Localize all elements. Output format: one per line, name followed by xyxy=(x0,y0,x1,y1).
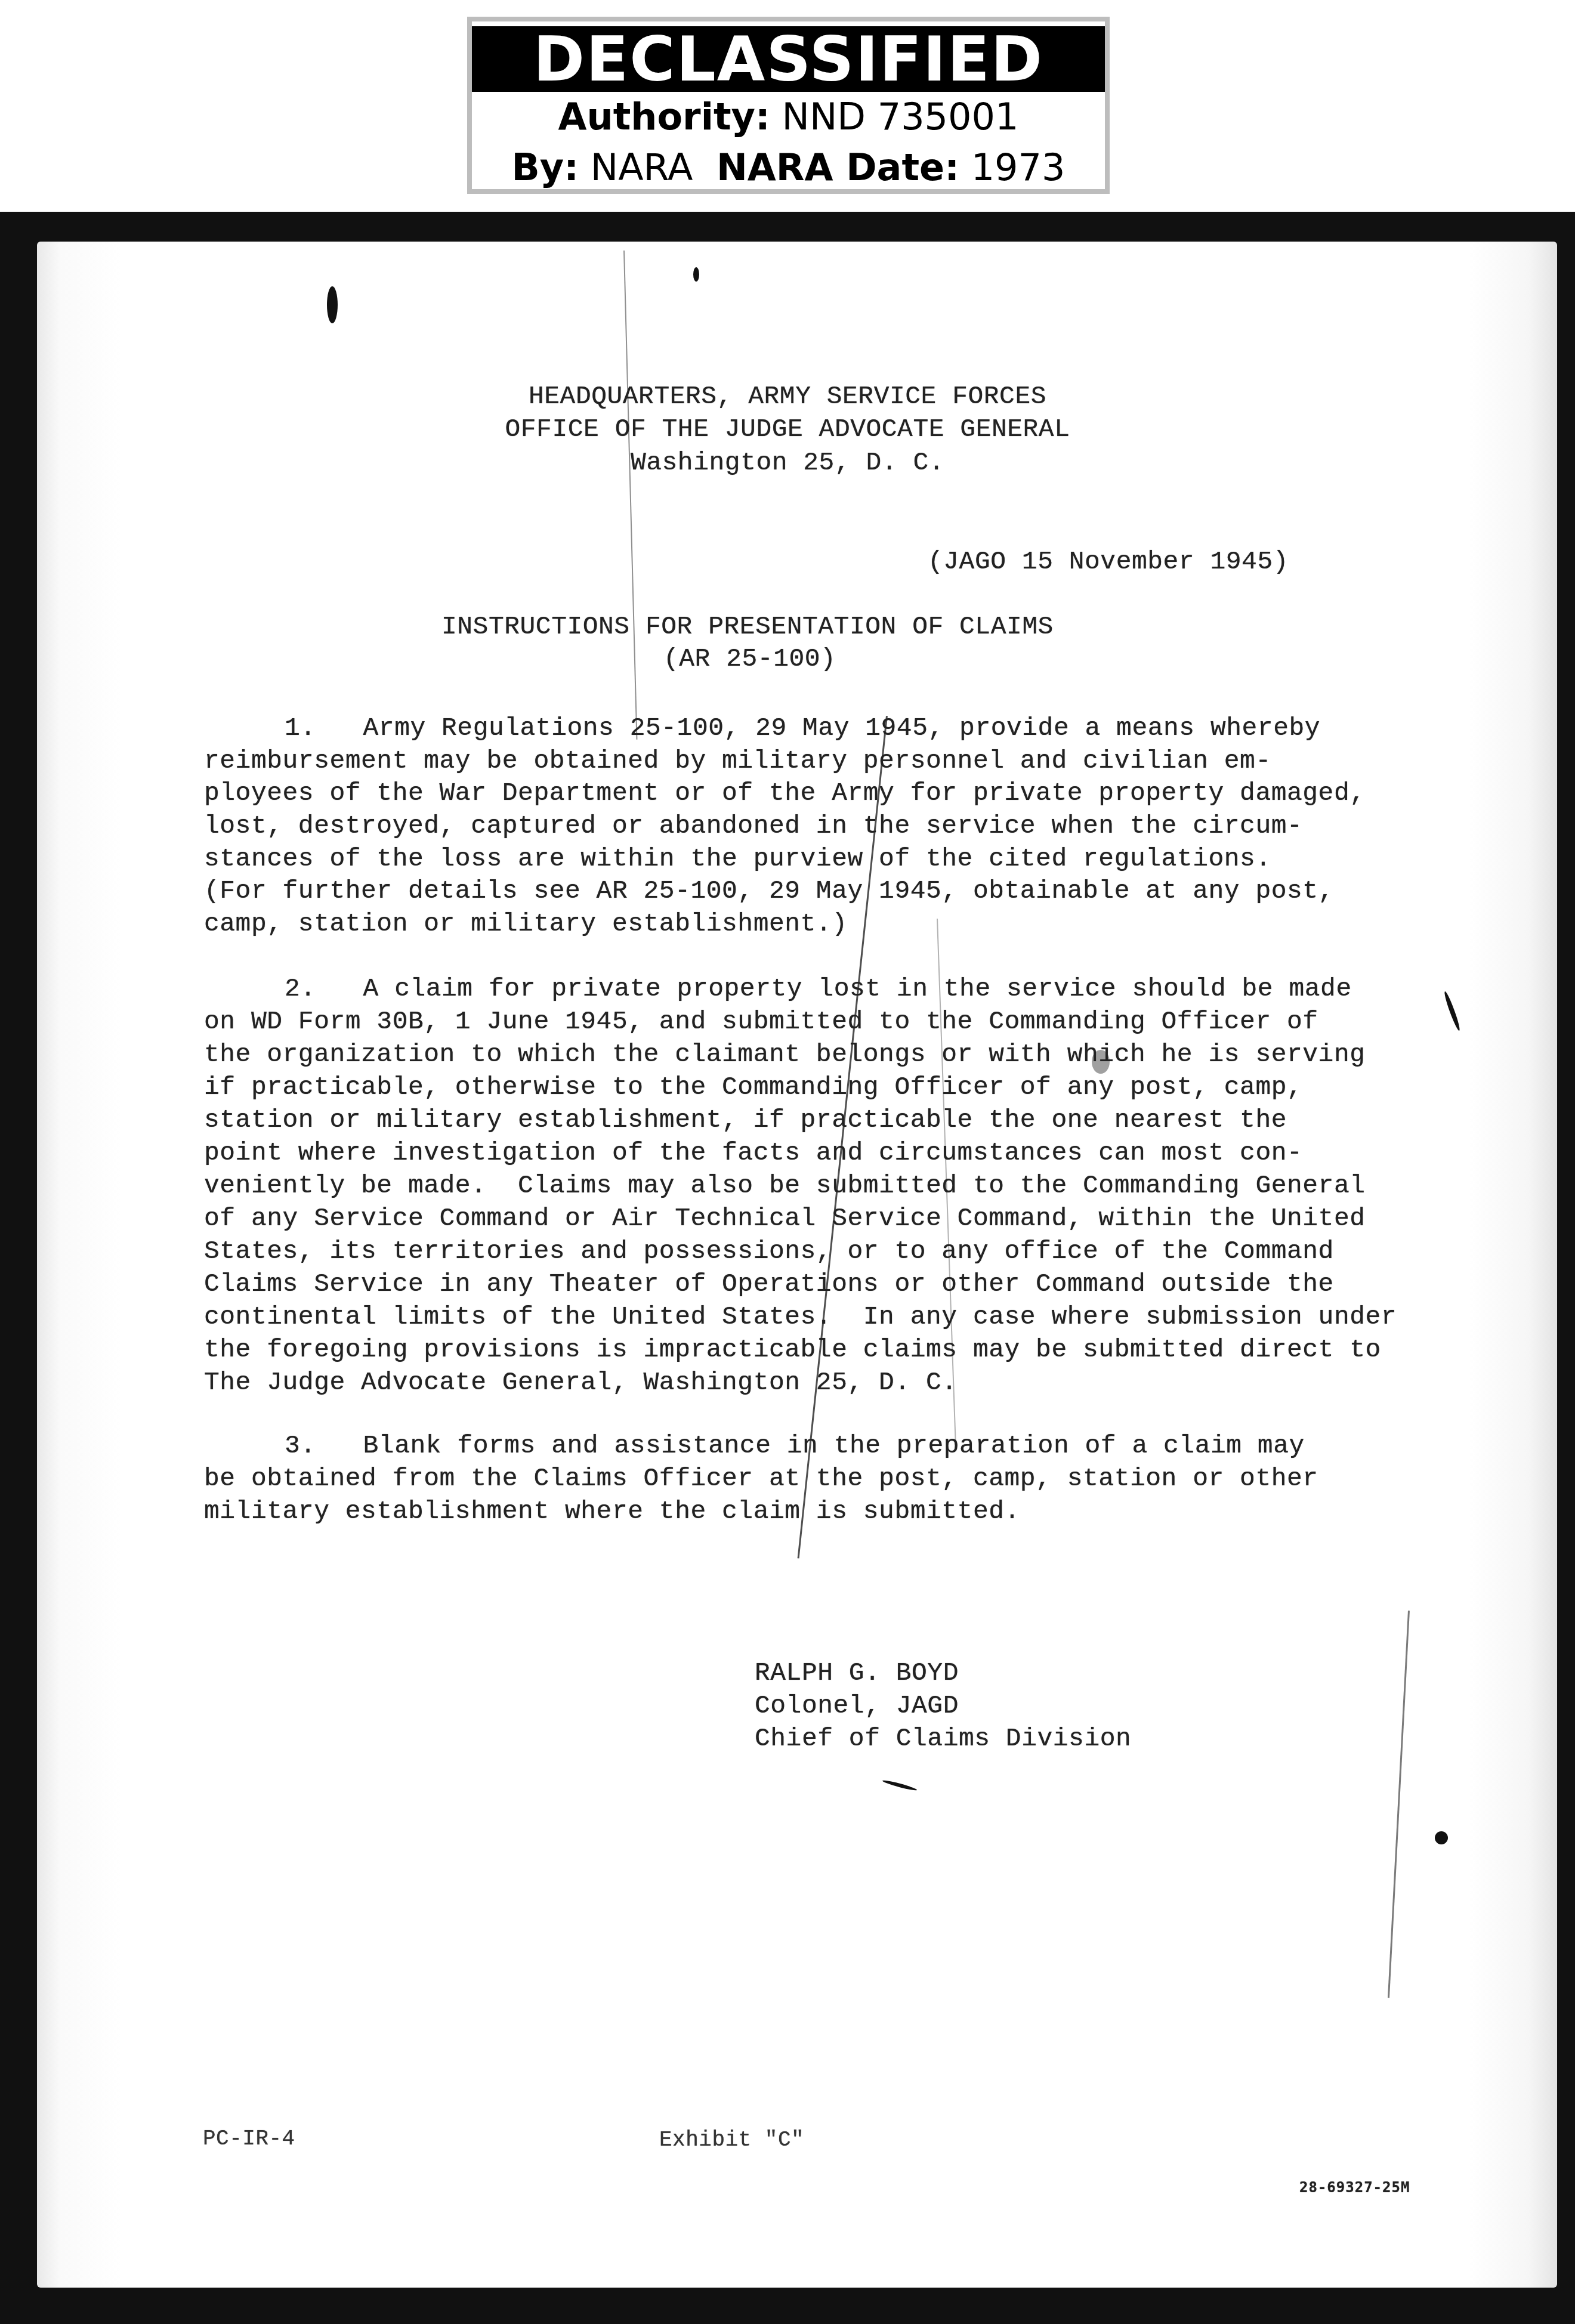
paragraph-line: (For further details see AR 25-100, 29 M… xyxy=(204,874,1334,907)
stamp-by-label: By: xyxy=(512,146,579,189)
document-subtitle: (AR 25-100) xyxy=(663,642,836,675)
paragraph-line: if practicable, otherwise to the Command… xyxy=(204,1071,1302,1104)
signatory-rank: Colonel, JAGD xyxy=(755,1689,959,1722)
document-title: INSTRUCTIONS FOR PRESENTATION OF CLAIMS xyxy=(441,610,1054,643)
paragraph-line: veniently be made. Claims may also be su… xyxy=(204,1169,1366,1202)
paragraph-line: States, its territories and possessions,… xyxy=(204,1235,1334,1268)
letterhead-line-2: OFFICE OF THE JUDGE ADVOCATE GENERAL xyxy=(0,413,1575,446)
ink-spot xyxy=(693,267,699,282)
stamp-date-label: NARA Date: xyxy=(717,146,959,189)
paragraph-line: lost, destroyed, captured or abandoned i… xyxy=(204,809,1302,842)
paragraph-line: military establishment where the claim i… xyxy=(204,1495,1020,1528)
stamp-authority: Authority: NND 735001 xyxy=(472,93,1105,141)
stamp-authority-label: Authority: xyxy=(558,95,770,138)
letterhead-line-1: HEADQUARTERS, ARMY SERVICE FORCES xyxy=(0,380,1575,413)
signatory-name: RALPH G. BOYD xyxy=(755,1657,959,1689)
letterhead-line-3: Washington 25, D. C. xyxy=(0,446,1575,479)
paragraph-line: 2. A claim for private property lost in … xyxy=(285,972,1352,1005)
paragraph-line: reimbursement may be obtained by militar… xyxy=(204,744,1271,777)
paragraph-line: stances of the loss are within the purvi… xyxy=(204,842,1271,875)
paragraph-line: point where investigation of the facts a… xyxy=(204,1136,1302,1169)
paragraph-line: of any Service Command or Air Technical … xyxy=(204,1202,1366,1235)
paragraph-line: camp, station or military establishment.… xyxy=(204,907,847,940)
stamp-date-value: 1973 xyxy=(971,146,1066,189)
form-code: PC-IR-4 xyxy=(203,2122,295,2155)
stamp-by-value: NARA xyxy=(591,146,693,189)
print-number: 28-69327-25M xyxy=(1299,2171,1410,2204)
paragraph-line: Claims Service in any Theater of Operati… xyxy=(204,1268,1334,1300)
paragraph-line: continental limits of the United States.… xyxy=(204,1300,1397,1333)
declassified-stamp: DECLASSIFIED Authority: NND 735001 By: N… xyxy=(467,17,1110,194)
ink-spot xyxy=(327,286,338,323)
stamp-by-date: By: NARA NARA Date: 1973 xyxy=(472,144,1105,191)
exhibit-label: Exhibit "C" xyxy=(659,2124,804,2156)
ink-spot xyxy=(1435,1831,1448,1844)
paragraph-line: ployees of the War Department or of the … xyxy=(204,777,1366,809)
paragraph-line: The Judge Advocate General, Washington 2… xyxy=(204,1366,958,1399)
reference-date: (JAGO 15 November 1945) xyxy=(928,545,1289,578)
paragraph-line: be obtained from the Claims Officer at t… xyxy=(204,1462,1318,1495)
paragraph-line: 1. Army Regulations 25-100, 29 May 1945,… xyxy=(285,712,1320,744)
stamp-authority-value: NND 735001 xyxy=(782,95,1019,138)
paragraph-line: on WD Form 30B, 1 June 1945, and submitt… xyxy=(204,1005,1318,1038)
paragraph-line: 3. Blank forms and assistance in the pre… xyxy=(285,1429,1305,1462)
stamp-title: DECLASSIFIED xyxy=(472,26,1105,92)
paragraph-line: the organization to which the claimant b… xyxy=(204,1038,1366,1071)
paragraph-line: station or military establishment, if pr… xyxy=(204,1104,1287,1136)
paragraph-line: the foregoing provisions is impracticabl… xyxy=(204,1333,1381,1366)
signatory-position: Chief of Claims Division xyxy=(755,1722,1131,1755)
